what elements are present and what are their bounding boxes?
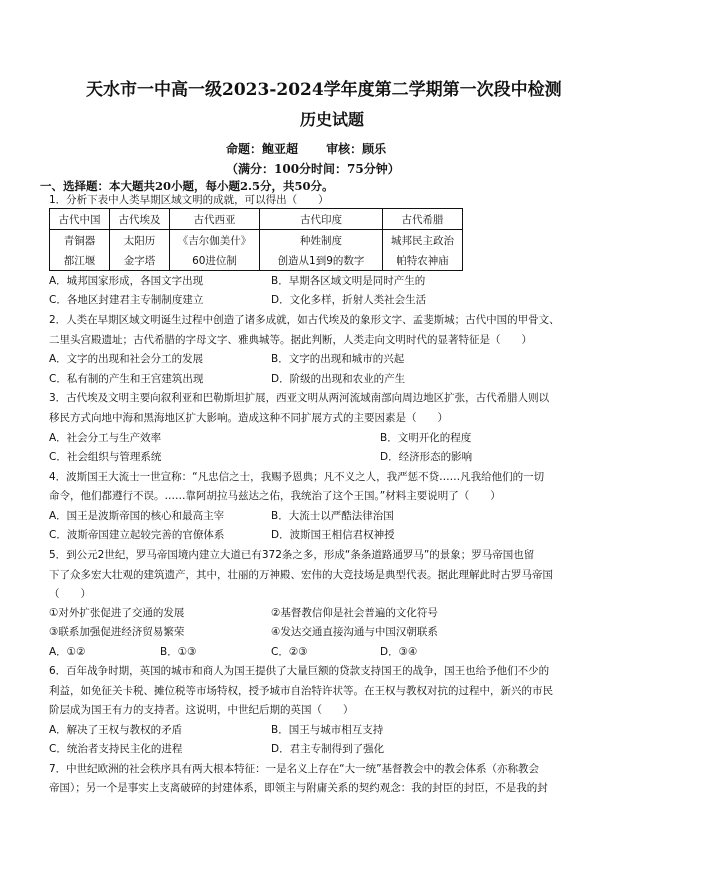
question-2-stem: 二里头宫殿遗址；古代希腊的字母文字、雅典城等。据此判断，人类走向文明时代的显著特… [49,333,532,347]
question-2-stem: 2．人类在早期区域文明诞生过程中创造了诸多成就，如古代埃及的象形文字、孟斐斯城；… [49,313,560,327]
table-cell: 太阳历 [110,230,170,251]
question-5-option-c[interactable]: C．②③ [271,645,308,659]
question-4-option-a[interactable]: A．国王是波斯帝国的核心和最高主宰 [49,509,224,523]
question-1-option-d[interactable]: D．文化多样，折射人类社会生活 [271,293,426,307]
question-2-option-b[interactable]: B．文字的出现和城市的兴起 [271,352,404,366]
question-6-option-c[interactable]: C．统治者支持民主化的进程 [49,742,182,756]
question-2-option-a[interactable]: A．文字的出现和社会分工的发展 [49,352,203,366]
table-cell: 金字塔 [110,250,170,271]
question-5-option-b[interactable]: B．①③ [160,645,197,659]
question-3-option-c[interactable]: C．社会组织与管理系统 [49,450,161,464]
section-heading: 一、选择题：本大题共20小题，每小题2.5分，共50分。 [40,178,334,194]
table-cell: 创造从1到9的数字 [260,250,383,271]
question-3-stem: 移民方式向地中海和黑海地区扩大影响。造成这种不同扩展方式的主要因素是（ ） [49,411,448,425]
question-4-option-c[interactable]: C．波斯帝国建立起较完善的官僚体系 [49,528,224,542]
question-3-option-b[interactable]: B．文明开化的程度 [380,431,471,445]
question-5-item-3: ③联系加强促进经济贸易繁荣 [49,625,184,639]
question-6-option-b[interactable]: B．国王与城市相互支持 [271,723,383,737]
question-3-option-a[interactable]: A．社会分工与生产效率 [49,431,161,445]
question-1-option-c[interactable]: C．各地区封建君主专制制度建立 [49,293,203,307]
table-header: 古代印度 [260,209,383,230]
table-cell: 60进位制 [170,250,260,271]
table-cell: 种姓制度 [260,230,383,251]
question-7-stem: 7．中世纪欧洲的社会秩序具有两大根本特征：一是名义上存在“大一统”基督教会中的教… [49,762,539,776]
question-5-option-a[interactable]: A．①② [49,645,86,659]
question-6-stem: 利益，如免征关卡税、摊位税等市场特权，授予城市自治特许状等。在王权与教权对抗的过… [49,684,553,698]
question-6-option-a[interactable]: A．解决了王权与教权的矛盾 [49,723,182,737]
question-3-stem: 3．古代埃及文明主要向叙利亚和巴勒斯坦扩展，西亚文明从两河流域南部向周边地区扩张… [49,391,549,405]
question-5-stem: （ ） [49,587,91,601]
table-header: 古代埃及 [110,209,170,230]
question-5-item-4: ④发达交通直接沟通与中国汉朝联系 [271,625,438,639]
question-4-stem: 命令，他们都遵行不误。……靠阿胡拉马兹达之佑，我统治了这个王国。”材料主要说明了… [49,489,501,503]
table-cell: 《吉尔伽美什》 [170,230,260,251]
question-2-option-d[interactable]: D．阶级的出现和农业的产生 [271,372,405,386]
question-5-item-2: ②基督教信仰是社会普遍的文化符号 [271,606,438,620]
question-1-stem: 1．分析下表中人类早期区域文明的成就，可以得出（ ） [49,193,329,207]
question-3-option-d[interactable]: D．经济形态的影响 [380,450,472,464]
question-2-option-c[interactable]: C．私有制的产生和王宫建筑出现 [49,372,203,386]
question-5-stem: 下了众多宏大壮观的建筑遗产，其中，壮丽的万神殿、宏伟的大竞技场是典型代表。据此理… [49,568,553,582]
table-header: 古代西亚 [170,209,260,230]
table-cell: 都江堰 [50,250,110,271]
question-6-stem: 阶层成为国王有力的支持者。这说明，中世纪后期的英国（ ） [49,703,354,717]
table-cell: 帕特农神庙 [383,250,463,271]
exam-subtitle: 历史试题 [300,107,364,130]
question-7-stem: 帝国）；另一个是事实上支离破碎的封建体系，即领主与附庸关系的契约观念：我的封臣的… [49,781,548,795]
table-cell: 城邦民主政治 [383,230,463,251]
question-6-stem: 6．百年战争时期，英国的城市和商人为国王提供了大量巨额的贷款支持国王的战争，国王… [49,664,549,678]
question-6-option-d[interactable]: D．君主专制得到了强化 [271,742,384,756]
question-4-option-d[interactable]: D．波斯国王相信君权神授 [271,528,395,542]
question-5-option-d[interactable]: D．③④ [380,645,417,659]
question-5-item-1: ①对外扩张促进了交通的发展 [49,606,184,620]
question-4-stem: 4．波斯国王大流士一世宣称：“凡忠信之士，我赐予恩典；凡不义之人，我严惩不贷……… [49,470,544,484]
exam-info: （满分：100分时间：75分钟） [226,160,400,177]
exam-authors: 命题：鲍亚超 审核：顾乐 [226,140,386,157]
question-1-option-a[interactable]: A．城邦国家形成，各国文字出现 [49,274,203,288]
table-header: 古代希腊 [383,209,463,230]
question-1-option-b[interactable]: B．早期各区域文明是同时产生的 [271,274,425,288]
table-cell: 青铜器 [50,230,110,251]
table-header: 古代中国 [50,209,110,230]
civilization-table: 古代中国 古代埃及 古代西亚 古代印度 古代希腊 青铜器 太阳历 《吉尔伽美什》… [49,208,463,271]
question-4-option-b[interactable]: B．大流士以严酷法律治国 [271,509,394,523]
exam-title: 天水市一中高一级2023-2024学年度第二学期第一次段中检测 [86,75,562,100]
question-5-stem: 5．到公元2世纪，罗马帝国境内建立大道已有372条之多，形成“条条道路通罗马”的… [49,548,534,562]
